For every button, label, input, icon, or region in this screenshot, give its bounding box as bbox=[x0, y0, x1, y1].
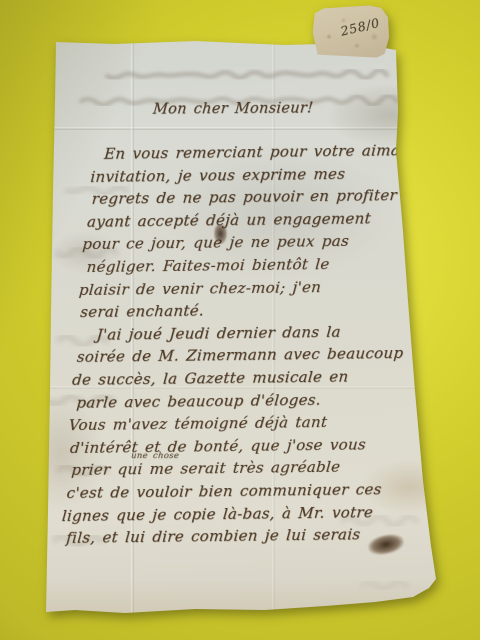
interlinear-insertion: une chose bbox=[131, 451, 180, 461]
photo-of-letter: Mon cher Monsieur! En vous remerciant po… bbox=[0, 0, 480, 640]
letter-line: En vous remerciant pour votre aimable bbox=[88, 139, 410, 166]
horizontal-fold-crease bbox=[45, 127, 437, 130]
letter-line: ayant accepté déjà un engagement bbox=[86, 207, 405, 233]
letter-line: fils, et lui dire combien je lui serais bbox=[65, 523, 381, 549]
letter-body: En vous remerciant pour votre aimableinv… bbox=[59, 139, 410, 550]
archival-tag-number: 258/0 bbox=[339, 15, 381, 39]
letter-paper: Mon cher Monsieur! En vous remerciant po… bbox=[45, 41, 437, 613]
letter-sheet-wrapper: Mon cher Monsieur! En vous remerciant po… bbox=[0, 0, 480, 640]
letter-line: c'est de vouloir bien communiquer ces bbox=[66, 478, 385, 504]
letter-salutation: Mon cher Monsieur! bbox=[152, 100, 314, 117]
letter-line: de succès, la Gazette musicale en bbox=[71, 365, 393, 392]
archival-tag: 258/0 bbox=[311, 4, 390, 58]
